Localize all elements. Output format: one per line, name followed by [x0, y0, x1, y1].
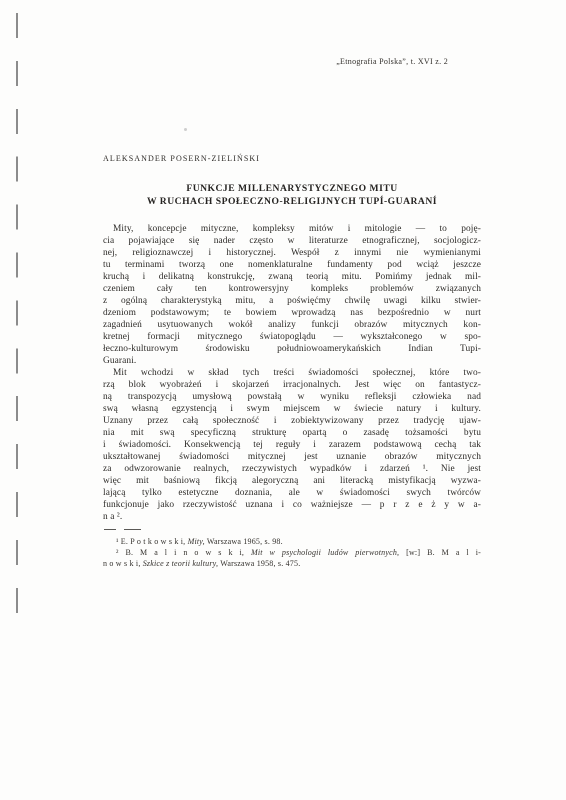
article-title-line-2: W RUCHACH SPOŁECZNO-RELIGIJNYCH TUPÍ-GUA…: [103, 196, 481, 209]
footnote-text: ² B. M a l i n o w s k i,: [116, 548, 251, 557]
body-line: i świadomości. Konsekwencją tej reguły i…: [103, 439, 481, 451]
body-line: kretnej formacji mitycznego światopogląd…: [103, 331, 481, 343]
footnote-text: ¹ E. P o t k o w s k i,: [116, 537, 188, 546]
body-line: z ogólną charakterystyką mitu, a poświęć…: [103, 295, 481, 307]
body-line: tu terminami tworzą one nomenklaturalne …: [103, 259, 481, 271]
footnote-text: Warszawa 1958, s. 475.: [218, 559, 300, 568]
scan-speck: [184, 128, 187, 131]
body-line: Mity, koncepcje mityczne, kompleksy mitó…: [103, 223, 481, 235]
article-title: FUNKCJE MILLENARYSTYCZNEGO MITU W RUCHAC…: [103, 183, 481, 208]
body-line: Guarani.: [103, 355, 481, 367]
footnote-text: n o w s k i,: [103, 559, 143, 568]
footnote-rule-segment: [104, 529, 116, 530]
body-line: łeczno-kulturowym środowisku południowoa…: [103, 343, 481, 355]
body-line: Mit wchodzi w skład tych treści świadomo…: [103, 367, 481, 379]
body-line: dzeniom podstawowym; te bowiem wprowadzą…: [103, 307, 481, 319]
footnote-title-italic: Mity,: [188, 537, 205, 546]
body-line: rzą blok wyobrażeń i skojarzeń irracjona…: [103, 379, 481, 391]
footnote-title-italic: Szkice z teorii kultury,: [143, 559, 218, 568]
body-line: więc mit baśniową fikcją alegoryczną ani…: [103, 475, 481, 487]
body-line: swą własną egzystencją i swym miejscem w…: [103, 403, 481, 415]
body-line: nej, religioznawczej i historycznej. Wes…: [103, 247, 481, 259]
footnote-title-italic: Mit w psychologii ludów pierwotnych,: [251, 548, 399, 557]
body-line: nia mit swą specyficzną strukturę opartą…: [103, 427, 481, 439]
body-line: ną transpozycją umysłową powstałą w wyni…: [103, 391, 481, 403]
body-line: cia pojawiające się nader często w liter…: [103, 235, 481, 247]
scan-registration-marks: [16, 13, 18, 613]
footnote-2-line-1: ² B. M a l i n o w s k i, Mit w psycholo…: [103, 547, 481, 558]
body-line: za odwzorowanie realnych, rzeczywistych …: [103, 463, 481, 475]
body-line: funkcjonuje jako rzeczywistość uznana i …: [103, 499, 481, 511]
author-name: ALEKSANDER POSERN-ZIELIŃSKI: [103, 154, 260, 163]
footnote-text: Warszawa 1965, s. 98.: [205, 537, 283, 546]
body-line: ukształtowanej świadomości mitycznej jes…: [103, 451, 481, 463]
footnote-1: ¹ E. P o t k o w s k i, Mity, Warszawa 1…: [103, 536, 481, 547]
footnote-text: [w:] B. M a l i-: [399, 548, 481, 557]
scanned-document-page: „Etnografia Polska”, t. XVI z. 2 ALEKSAN…: [0, 0, 566, 800]
footnote-2-line-2: n o w s k i, Szkice z teorii kultury, Wa…: [103, 558, 481, 569]
footnotes: ¹ E. P o t k o w s k i, Mity, Warszawa 1…: [103, 536, 481, 569]
journal-header: „Etnografia Polska”, t. XVI z. 2: [103, 57, 448, 66]
article-body: Mity, koncepcje mityczne, kompleksy mitó…: [103, 223, 481, 523]
body-line: kruchą i delikatną konstrukcję, zwaną te…: [103, 271, 481, 283]
body-line: czeniem cały ten kontrowersyjny kompleks…: [103, 283, 481, 295]
footnote-rule-segment: [124, 529, 141, 530]
body-line: n a ².: [103, 511, 481, 523]
body-line: Uznany przez całą społeczność i zobiekty…: [103, 415, 481, 427]
body-line: lającą tylko estetyczne doznania, ale w …: [103, 487, 481, 499]
body-line: zagadnień usytuowanych wokół analizy fun…: [103, 319, 481, 331]
article-title-line-1: FUNKCJE MILLENARYSTYCZNEGO MITU: [103, 183, 481, 196]
